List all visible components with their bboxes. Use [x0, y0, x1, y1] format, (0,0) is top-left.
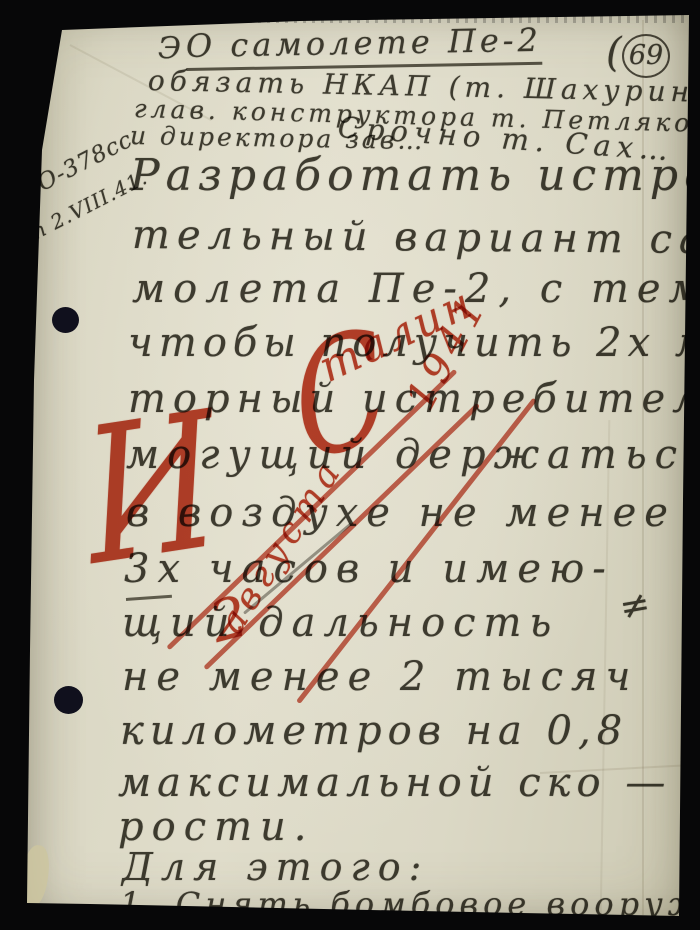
body-line: щий дальность — [122, 600, 559, 646]
document-title: О самолете Пе-2 — [186, 21, 543, 71]
body-line: 1. Снять бомбовое вооруж- — [120, 885, 700, 923]
body-line: Для этого: — [122, 845, 429, 889]
body-line: не менее 2 тысяч — [122, 654, 638, 700]
punch-hole-top — [52, 307, 79, 333]
torn-edge — [18, 843, 52, 908]
body-line: рости. — [118, 804, 315, 850]
page-number-paren: ( — [606, 30, 622, 76]
body-line: километров на 0,8 — [120, 708, 628, 754]
page-number: 69 — [622, 34, 670, 78]
body-line: максимальной ско — — [118, 760, 671, 806]
title-prefix-mark: Э — [158, 31, 181, 66]
scanned-document-page: ГКО-378сс от 2.VIII.41. Э О самолете Пе-… — [0, 0, 700, 930]
page-number-badge: 69 — [622, 34, 670, 78]
body-line: тельный вариант са- — [132, 212, 700, 263]
punch-hole-bottom — [54, 686, 83, 714]
body-line: Разработать истреби- — [130, 150, 700, 201]
deckled-edge — [60, 14, 690, 23]
insertion-mark: ≠ — [616, 583, 653, 629]
paper-sheet: ГКО-378сс от 2.VIII.41. Э О самолете Пе-… — [0, 0, 700, 930]
stalin-signature-initial: И — [76, 372, 227, 608]
